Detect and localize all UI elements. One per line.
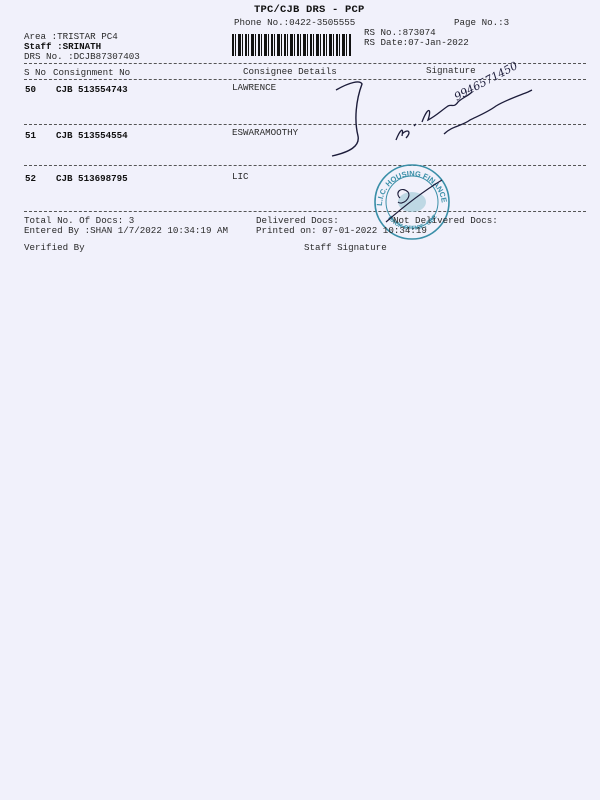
row-sno: 50 [25, 84, 36, 95]
verified-by-label: Verified By [24, 242, 85, 253]
barcode-icon [232, 34, 352, 56]
row-consignee: ESWARAMOOTHY [232, 127, 298, 138]
column-header-consignment: Consignment No [53, 67, 130, 78]
divider [24, 211, 586, 212]
divider [24, 63, 586, 64]
delivery-run-sheet: TPC/CJB DRS - PCP Phone No.:0422-3505555… [0, 0, 600, 800]
column-header-sno: S No [24, 67, 46, 78]
staff-signature-label: Staff Signature [304, 242, 387, 253]
phone-number: Phone No.:0422-3505555 [234, 17, 355, 28]
rs-date: RS Date:07-Jan-2022 [364, 37, 469, 48]
document-title: TPC/CJB DRS - PCP [254, 4, 365, 16]
row-consignment: CJB 513554554 [56, 130, 128, 141]
row-consignment: CJB 513554743 [56, 84, 128, 95]
handwritten-name-icon [392, 86, 572, 146]
row-sno: 51 [25, 130, 36, 141]
divider [24, 165, 586, 166]
entered-by: Entered By :SHAN 1/7/2022 10:34:19 AM [24, 225, 228, 236]
column-header-consignee: Consignee Details [243, 66, 337, 77]
row-consignee: LIC [232, 171, 249, 182]
row-sno: 52 [25, 173, 36, 184]
page-number: Page No.:3 [454, 17, 509, 28]
row-consignee: LAWRENCE [232, 82, 276, 93]
printed-on: Printed on: 07-01-2022 10:34:19 [256, 225, 427, 236]
column-header-signature: Signature [426, 65, 476, 76]
row-consignment: CJB 513698795 [56, 173, 128, 184]
drs-number: DRS No. :DCJB87307403 [24, 51, 140, 62]
